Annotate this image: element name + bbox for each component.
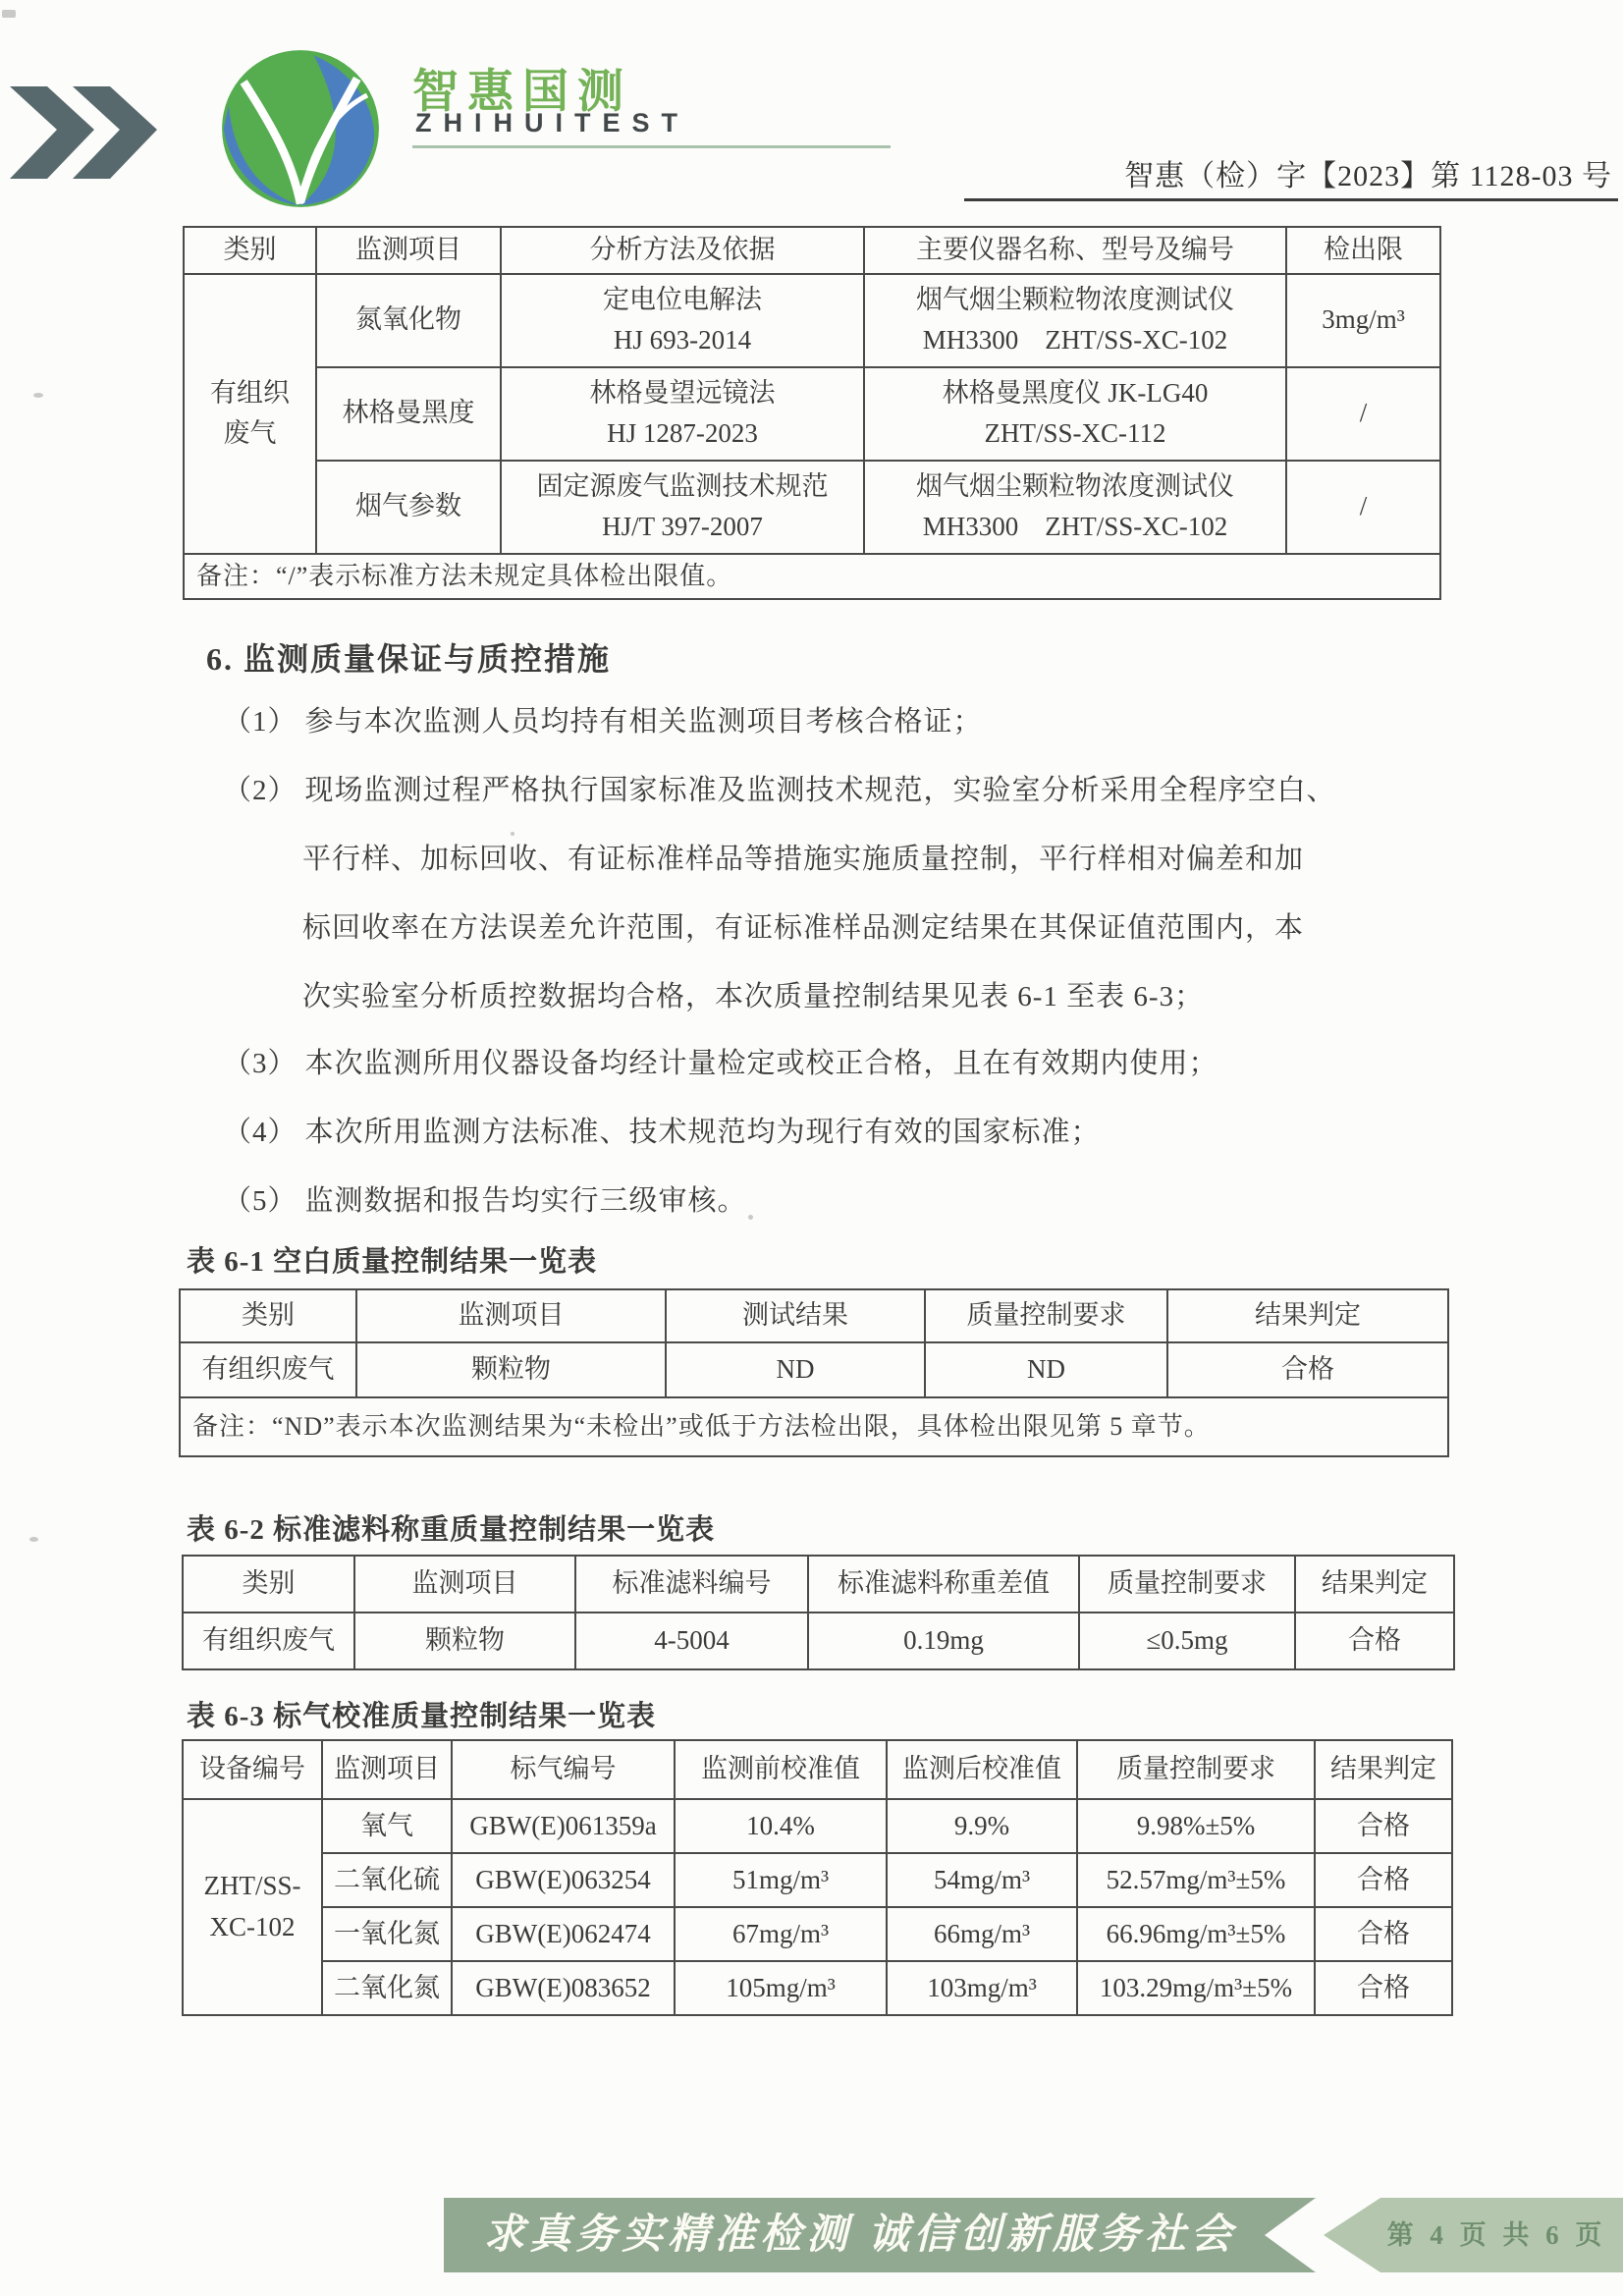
- footer-banner: 求真务实精准检测 诚信创新服务社会: [444, 2198, 1316, 2272]
- table-6-1-title: 表 6-1 空白质量控制结果一览表: [187, 1239, 597, 1280]
- list-item-5: （5）监测数据和报告均实行三级审核。: [223, 1178, 747, 1219]
- col-header: 分析方法及依据: [501, 227, 864, 274]
- note-row: 备注：“ND”表示本次监测结果为“未检出”或低于方法检出限，具体检出限见第 5 …: [180, 1397, 1448, 1456]
- col-header: 标气编号: [452, 1740, 675, 1799]
- device-cell: ZHT/SS- XC-102: [183, 1799, 322, 2015]
- header-rule: [964, 198, 1618, 201]
- cell: 氧气: [322, 1799, 452, 1853]
- double-chevron-icon: [10, 69, 175, 185]
- cell: 合格: [1315, 1799, 1452, 1853]
- scan-artifact: [511, 832, 514, 836]
- cell: GBW(E)083652: [452, 1961, 675, 2015]
- cell: GBW(E)061359a: [452, 1799, 675, 1853]
- scan-artifact: [2, 10, 16, 18]
- section-title: 6. 监测质量保证与质控措施: [206, 634, 611, 680]
- list-item-number: （3）: [223, 1041, 298, 1081]
- item-cell: 林格曼黑度: [316, 367, 501, 461]
- table-row: 二氧化硫 GBW(E)063254 51mg/m³ 54mg/m³ 52.57m…: [183, 1853, 1452, 1907]
- report-page: 智惠国测 ZHIHUITEST 智惠（检）字【2023】第 1128-03 号 …: [0, 0, 1623, 2296]
- item-cell: 氮氧化物: [316, 274, 501, 367]
- table-6-3: 设备编号 监测项目 标气编号 监测前校准值 监测后校准值 质量控制要求 结果判定…: [182, 1739, 1453, 2016]
- method-line: HJ/T 397-2007: [506, 507, 859, 548]
- cell: 二氧化硫: [322, 1853, 452, 1907]
- table-row: 有组织废气 颗粒物 4-5004 0.19mg ≤0.5mg 合格: [183, 1613, 1454, 1669]
- col-header: 标准滤料编号: [575, 1556, 808, 1613]
- header-row: 设备编号 监测项目 标气编号 监测前校准值 监测后校准值 质量控制要求 结果判定: [183, 1740, 1452, 1799]
- col-header: 类别: [183, 1556, 354, 1613]
- method-line: 林格曼望远镜法: [506, 373, 859, 414]
- cell: 一氧化氮: [322, 1907, 452, 1961]
- cell: 9.98%±5%: [1077, 1799, 1315, 1853]
- list-item-4: （4）本次所用监测方法标准、技术规范均为现行有效的国家标准；: [223, 1110, 1101, 1150]
- col-header: 结果判定: [1167, 1289, 1448, 1342]
- document-number: 智惠（检）字【2023】第 1128-03 号: [933, 151, 1612, 194]
- note-row: 备注：“/”表示标准方法未规定具体检出限值。: [184, 554, 1440, 599]
- limit-cell: 3mg/m³: [1286, 274, 1440, 367]
- company-logo: [217, 45, 384, 212]
- footer-page-tab: 第 4 页 共 6 页: [1324, 2198, 1623, 2272]
- device-line: XC-102: [188, 1907, 317, 1948]
- list-item-number: （5）: [223, 1178, 298, 1219]
- list-item-2-line3: 标回收率在方法误差允许范围，有证标准样品测定结果在其保证值范围内，本: [302, 905, 1304, 946]
- cell: 103.29mg/m³±5%: [1077, 1961, 1315, 2015]
- list-item-text: 监测数据和报告均实行三级审核。: [305, 1185, 747, 1217]
- col-header: 结果判定: [1295, 1556, 1454, 1613]
- cell: 有组织废气: [183, 1613, 354, 1669]
- cell: 67mg/m³: [675, 1907, 887, 1961]
- list-item-number: （4）: [223, 1110, 298, 1150]
- header-row: 类别 监测项目 标准滤料编号 标准滤料称重差值 质量控制要求 结果判定: [183, 1556, 1454, 1613]
- col-header: 设备编号: [183, 1740, 322, 1799]
- instrument-cell: 烟气烟尘颗粒物浓度测试仪 MH3300 ZHT/SS-XC-102: [864, 461, 1286, 554]
- item-cell: 烟气参数: [316, 461, 501, 554]
- instrument-line: 烟气烟尘颗粒物浓度测试仪: [869, 280, 1281, 321]
- table-note: 备注：“ND”表示本次监测结果为“未检出”或低于方法检出限，具体检出限见第 5 …: [180, 1397, 1448, 1456]
- method-cell: 固定源废气监测技术规范 HJ/T 397-2007: [501, 461, 864, 554]
- list-item-text: 现场监测过程严格执行国家标准及监测技术规范，实验室分析采用全程序空白、: [305, 775, 1336, 806]
- footer-slogan: 求真务实精准检测 诚信创新服务社会: [444, 2198, 1316, 2272]
- category-line: 废气: [189, 413, 311, 455]
- category-line: 有组织: [189, 373, 311, 414]
- table-6-2-title: 表 6-2 标准滤料称重质量控制结果一览表: [187, 1507, 715, 1548]
- cell: ≤0.5mg: [1079, 1613, 1295, 1669]
- scan-artifact: [33, 393, 43, 398]
- cell: ND: [925, 1342, 1167, 1397]
- cell: 合格: [1315, 1853, 1452, 1907]
- table-row: 一氧化氮 GBW(E)062474 67mg/m³ 66mg/m³ 66.96m…: [183, 1907, 1452, 1961]
- list-item-text: 本次监测所用仪器设备均经计量检定或校正合格，且在有效期内使用；: [305, 1048, 1218, 1079]
- cell: 10.4%: [675, 1799, 887, 1853]
- col-header: 质量控制要求: [925, 1289, 1167, 1342]
- method-line: HJ 693-2014: [506, 320, 859, 361]
- list-item-text: 参与本次监测人员均持有相关监测项目考核合格证；: [305, 706, 983, 738]
- header-row: 类别 监测项目 测试结果 质量控制要求 结果判定: [180, 1289, 1448, 1342]
- list-item-number: （1）: [223, 699, 298, 739]
- col-header: 监测项目: [322, 1740, 452, 1799]
- cell: 105mg/m³: [675, 1961, 887, 2015]
- col-header: 监测后校准值: [887, 1740, 1077, 1799]
- method-cell: 林格曼望远镜法 HJ 1287-2023: [501, 367, 864, 461]
- cell: GBW(E)063254: [452, 1853, 675, 1907]
- table-6-3-title: 表 6-3 标气校准质量控制结果一览表: [187, 1694, 656, 1734]
- cell: 54mg/m³: [887, 1853, 1077, 1907]
- instrument-line: ZHT/SS-XC-112: [869, 413, 1281, 455]
- cell: 66mg/m³: [887, 1907, 1077, 1961]
- instrument-line: 烟气烟尘颗粒物浓度测试仪: [869, 466, 1281, 508]
- table-row: 烟气参数 固定源废气监测技术规范 HJ/T 397-2007 烟气烟尘颗粒物浓度…: [184, 461, 1440, 554]
- cell: 66.96mg/m³±5%: [1077, 1907, 1315, 1961]
- table-row: 二氧化氮 GBW(E)083652 105mg/m³ 103mg/m³ 103.…: [183, 1961, 1452, 2015]
- list-item-2-line2: 平行样、加标回收、有证标准样品等措施实施质量控制，平行样相对偏差和加: [302, 837, 1304, 877]
- method-table-header-row: 类别 监测项目 分析方法及依据 主要仪器名称、型号及编号 检出限: [184, 227, 1440, 274]
- col-header: 结果判定: [1315, 1740, 1452, 1799]
- device-line: ZHT/SS-: [188, 1866, 317, 1907]
- col-header: 主要仪器名称、型号及编号: [864, 227, 1286, 274]
- method-cell: 定电位电解法 HJ 693-2014: [501, 274, 864, 367]
- cell: GBW(E)062474: [452, 1907, 675, 1961]
- table-row: ZHT/SS- XC-102 氧气 GBW(E)061359a 10.4% 9.…: [183, 1799, 1452, 1853]
- list-item-1: （1）参与本次监测人员均持有相关监测项目考核合格证；: [223, 699, 983, 739]
- instrument-line: MH3300 ZHT/SS-XC-102: [869, 320, 1281, 361]
- method-line: 定电位电解法: [506, 280, 859, 321]
- list-item-3: （3）本次监测所用仪器设备均经计量检定或校正合格，且在有效期内使用；: [223, 1041, 1218, 1081]
- cell: 颗粒物: [354, 1613, 575, 1669]
- table-note: 备注：“/”表示标准方法未规定具体检出限值。: [184, 554, 1440, 599]
- table-row: 林格曼黑度 林格曼望远镜法 HJ 1287-2023 林格曼黑度仪 JK-LG4…: [184, 367, 1440, 461]
- list-item-2: （2）现场监测过程严格执行国家标准及监测技术规范，实验室分析采用全程序空白、: [223, 768, 1336, 808]
- cell: 0.19mg: [808, 1613, 1079, 1669]
- table-6-2: 类别 监测项目 标准滤料编号 标准滤料称重差值 质量控制要求 结果判定 有组织废…: [182, 1555, 1455, 1670]
- col-header: 监测前校准值: [675, 1740, 887, 1799]
- instrument-line: 林格曼黑度仪 JK-LG40: [869, 373, 1281, 414]
- instrument-line: MH3300 ZHT/SS-XC-102: [869, 507, 1281, 548]
- cell: 合格: [1315, 1961, 1452, 2015]
- col-header: 类别: [180, 1289, 356, 1342]
- table-row: 有组织废气 颗粒物 ND ND 合格: [180, 1342, 1448, 1397]
- brand-underline: [412, 145, 891, 148]
- instrument-cell: 林格曼黑度仪 JK-LG40 ZHT/SS-XC-112: [864, 367, 1286, 461]
- cell: 52.57mg/m³±5%: [1077, 1853, 1315, 1907]
- col-header: 检出限: [1286, 227, 1440, 274]
- cell: 颗粒物: [356, 1342, 666, 1397]
- limit-cell: /: [1286, 461, 1440, 554]
- cell: 4-5004: [575, 1613, 808, 1669]
- cell: 合格: [1167, 1342, 1448, 1397]
- col-header: 质量控制要求: [1077, 1740, 1315, 1799]
- col-header: 监测项目: [356, 1289, 666, 1342]
- cell: 9.9%: [887, 1799, 1077, 1853]
- scan-artifact: [748, 1215, 753, 1220]
- list-item-2-line4: 次实验室分析质控数据均合格，本次质量控制结果见表 6-1 至表 6-3；: [302, 974, 1204, 1014]
- method-table: 类别 监测项目 分析方法及依据 主要仪器名称、型号及编号 检出限 有组织 废气 …: [183, 226, 1441, 600]
- instrument-cell: 烟气烟尘颗粒物浓度测试仪 MH3300 ZHT/SS-XC-102: [864, 274, 1286, 367]
- col-header: 标准滤料称重差值: [808, 1556, 1079, 1613]
- cell: 103mg/m³: [887, 1961, 1077, 2015]
- table-row: 有组织 废气 氮氧化物 定电位电解法 HJ 693-2014 烟气烟尘颗粒物浓度…: [184, 274, 1440, 367]
- cell: ND: [666, 1342, 925, 1397]
- col-header: 监测项目: [354, 1556, 575, 1613]
- cell: 有组织废气: [180, 1342, 356, 1397]
- cell: 合格: [1295, 1613, 1454, 1669]
- col-header: 类别: [184, 227, 316, 274]
- list-item-text: 本次所用监测方法标准、技术规范均为现行有效的国家标准；: [305, 1117, 1101, 1148]
- cell: 合格: [1315, 1907, 1452, 1961]
- scan-artifact: [29, 1537, 38, 1542]
- page-number: 第 4 页 共 6 页: [1324, 2198, 1623, 2272]
- cell: 二氧化氮: [322, 1961, 452, 2015]
- brand-name-en: ZHIHUITEST: [415, 108, 689, 138]
- category-cell: 有组织 废气: [184, 274, 316, 554]
- method-line: 固定源废气监测技术规范: [506, 466, 859, 508]
- limit-cell: /: [1286, 367, 1440, 461]
- table-6-1: 类别 监测项目 测试结果 质量控制要求 结果判定 有组织废气 颗粒物 ND ND…: [179, 1288, 1449, 1457]
- method-line: HJ 1287-2023: [506, 413, 859, 455]
- col-header: 测试结果: [666, 1289, 925, 1342]
- col-header: 质量控制要求: [1079, 1556, 1295, 1613]
- col-header: 监测项目: [316, 227, 501, 274]
- cell: 51mg/m³: [675, 1853, 887, 1907]
- list-item-number: （2）: [223, 768, 298, 808]
